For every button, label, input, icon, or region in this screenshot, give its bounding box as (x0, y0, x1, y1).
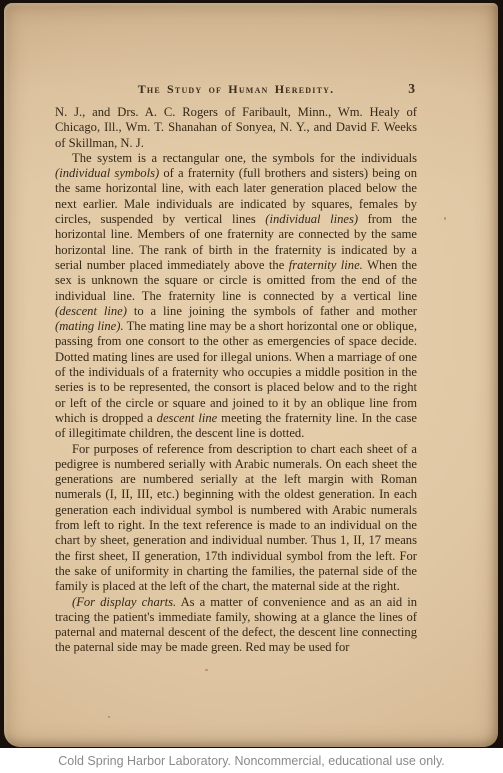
text-segment: to a line joining the symbols of father … (127, 304, 417, 318)
attribution-text: Cold Spring Harbor Laboratory. Noncommer… (58, 754, 445, 768)
page-number: 3 (408, 81, 415, 97)
italic-text-segment: descent line (157, 411, 218, 425)
scanned-book-page-view: The Study of Human Heredity. 3 N. J., an… (0, 0, 503, 773)
paragraph: For purposes of reference from descripti… (55, 442, 417, 595)
text-segment: N. J., and Drs. A. C. Rogers of Faribaul… (55, 105, 417, 150)
italic-text-segment: (For display charts. (72, 595, 176, 609)
paper-speck (205, 669, 208, 671)
paragraph: (For display charts. As a matter of conv… (55, 595, 417, 656)
paper-speck (444, 217, 446, 220)
text-segment: For purposes of reference from descripti… (55, 442, 417, 594)
italic-text-segment: fraternity line. (289, 258, 363, 272)
book-page: The Study of Human Heredity. 3 N. J., an… (4, 3, 498, 747)
paragraph: The system is a rectangular one, the sym… (55, 151, 417, 442)
italic-text-segment: (individual symbols) (55, 166, 159, 180)
text-segment: The mating line may be a short horizonta… (55, 319, 417, 425)
page-body: N. J., and Drs. A. C. Rogers of Faribaul… (55, 105, 417, 656)
running-head: The Study of Human Heredity. 3 (55, 82, 417, 97)
attribution-bar: Cold Spring Harbor Laboratory. Noncommer… (0, 748, 503, 773)
running-head-title: The Study of Human Heredity. (55, 82, 417, 97)
italic-text-segment: (descent line) (55, 304, 127, 318)
text-segment: The system is a rectangular one, the sym… (72, 151, 417, 165)
italic-text-segment: (individual lines) (265, 212, 358, 226)
italic-text-segment: (mating line). (55, 319, 124, 333)
paragraph: N. J., and Drs. A. C. Rogers of Faribaul… (55, 105, 417, 151)
paper-speck (108, 716, 110, 718)
